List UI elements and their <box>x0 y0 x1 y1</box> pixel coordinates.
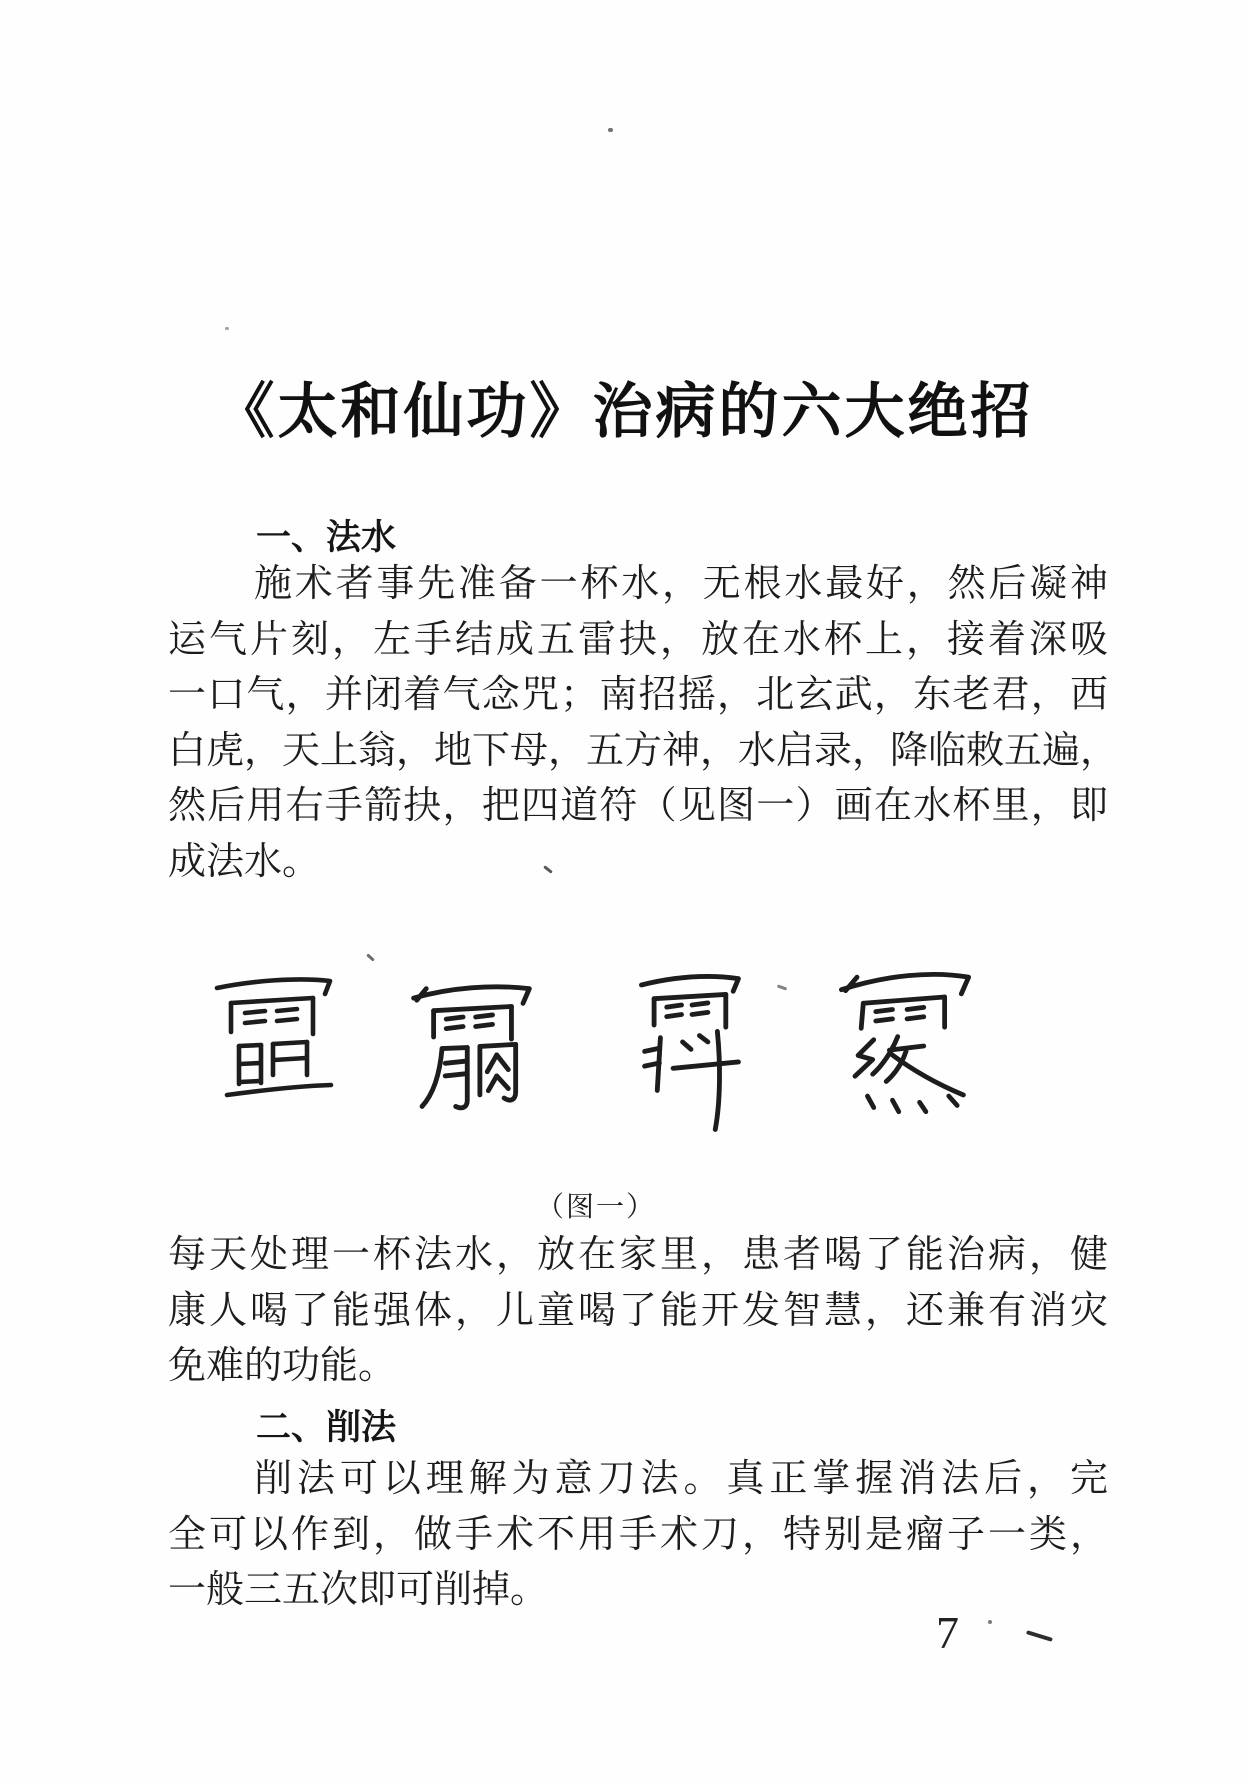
figure-caption: （图一） <box>0 1185 1220 1225</box>
page-number: 7 <box>936 1606 959 1659</box>
text-line: 每天处理一杯法水，放在家里，患者喝了能治病，健 <box>168 1228 1108 1284</box>
scan-speck <box>225 327 229 330</box>
text-line: 然后用右手箭抉，把四道符（见图一）画在水杯里，即 <box>168 779 1108 835</box>
scan-speck <box>608 128 613 132</box>
text-line: 运气片刻，左手结成五雷抉，放在水杯上，接着深吸 <box>168 613 1108 669</box>
text-line: 康人喝了能强体，儿童喝了能开发智慧，还兼有消灾 <box>168 1284 1108 1340</box>
talisman-rain-pan-dou-drawing <box>632 966 750 1140</box>
talisman-rain-moon-flesh-drawing <box>406 976 538 1118</box>
scan-speck <box>988 1620 992 1624</box>
text-line: 一口气，并闭着气念咒；南招摇，北玄武，东老君，西 <box>168 668 1108 724</box>
scanned-book-page: 《太和仙功》治病的六大绝招 一、法水 施术者事先准备一杯水，无根水最好，然后凝神… <box>0 0 1248 1783</box>
text-line: 免难的功能。 <box>168 1339 1108 1395</box>
talisman-rain-sha-drawing <box>832 962 978 1130</box>
scan-pen-mark <box>777 984 787 990</box>
talisman-rain-sun-heng-drawing <box>206 972 342 1112</box>
paragraph-xiaofa: 削法可以理解为意刀法。真正掌握消法后，完 全可以作到，做手术不用手术刀，特别是瘤… <box>168 1452 1108 1619</box>
scan-pen-mark <box>366 953 375 961</box>
text-line: 削法可以理解为意刀法。真正掌握消法后，完 <box>168 1452 1108 1508</box>
page-title: 《太和仙功》治病的六大绝招 <box>0 364 1248 450</box>
scan-pen-mark <box>1026 1630 1053 1641</box>
text-line: 白虎，天上翁，地下母，五方神，水启录，降临敕五遍， <box>168 724 1108 780</box>
paragraph-fashui-instructions: 施术者事先准备一杯水，无根水最好，然后凝神 运气片刻，左手结成五雷抉，放在水杯上… <box>168 557 1108 890</box>
section-heading-xiaofa: 二、削法 <box>256 1400 396 1450</box>
text-line: 施术者事先准备一杯水，无根水最好，然后凝神 <box>168 557 1108 613</box>
paragraph-fashui-effects: 每天处理一杯法水，放在家里，患者喝了能治病，健 康人喝了能强体，儿童喝了能开发智… <box>168 1228 1108 1395</box>
text-line: 全可以作到，做手术不用手术刀，特别是瘤子一类， <box>168 1508 1108 1564</box>
section-heading-fashui: 一、法水 <box>256 510 396 560</box>
text-line: 一般三五次即可削掉。 <box>168 1563 1108 1619</box>
text-line: 成法水。 <box>168 835 1108 891</box>
